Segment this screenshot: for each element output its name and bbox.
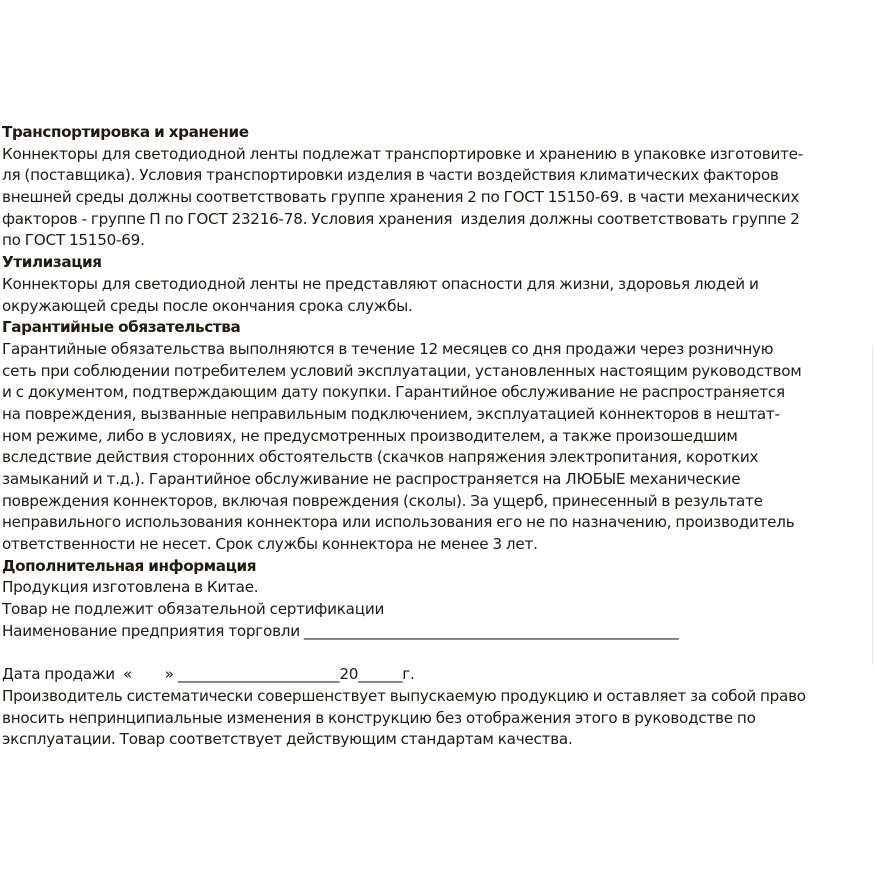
heading-warranty: Гарантийные обязательства <box>2 317 872 339</box>
heading-transport: Транспортировка и хранение <box>2 122 872 144</box>
store-name-blank-field[interactable]: ________________________________________… <box>300 622 679 640</box>
made-in-text: Продукция изготовлена в Китае. <box>2 577 872 599</box>
warranty-line: повреждения коннекторов, включая поврежд… <box>2 491 872 513</box>
transport-line: внешней среды должны соответствовать гру… <box>2 187 872 209</box>
sale-date-row: Дата продажи « » ______________________2… <box>2 664 872 686</box>
disclaimer-line: эксплуатации. Товар соответствует действ… <box>2 729 872 751</box>
spacer <box>2 643 872 665</box>
certification-text: Товар не подлежит обязательной сертифика… <box>2 599 872 621</box>
sale-date-label: Дата продажи « » <box>2 665 174 683</box>
warranty-line: неправильного использования коннектора и… <box>2 512 872 534</box>
store-name-label: Наименование предприятия торговли <box>2 622 300 640</box>
year-blank-field[interactable]: ______ <box>358 665 402 683</box>
page-edge-divider <box>872 345 873 665</box>
sale-date-blank-field[interactable]: ______________________ <box>174 665 340 683</box>
warranty-document: Транспортировка и хранение Коннекторы дл… <box>2 122 872 751</box>
store-name-row: Наименование предприятия торговли ______… <box>2 621 872 643</box>
heading-additional: Дополнительная информация <box>2 556 872 578</box>
warranty-line: сеть при соблюдении потребителем условий… <box>2 361 872 383</box>
warranty-line: на повреждения, вызванные неправильным п… <box>2 404 872 426</box>
warranty-line: ном режиме, либо в условиях, не предусмо… <box>2 426 872 448</box>
heading-disposal: Утилизация <box>2 252 872 274</box>
warranty-line: вследствие действия сторонних обстоятель… <box>2 447 872 469</box>
warranty-line: и с документом, подтверждающим дату поку… <box>2 382 872 404</box>
transport-line: факторов - группе П по ГОСТ 23216-78. Ус… <box>2 209 872 231</box>
year-prefix: 20 <box>339 665 358 683</box>
transport-line: ля (поставщика). Условия транспортировки… <box>2 165 872 187</box>
disclaimer-line: Производитель систематически совершенств… <box>2 686 872 708</box>
transport-line: по ГОСТ 15150-69. <box>2 230 872 252</box>
disposal-line: окружающей среды после окончания срока с… <box>2 296 872 318</box>
warranty-line: Гарантийные обязательства выполняются в … <box>2 339 872 361</box>
warranty-line: ответственности не несет. Срок службы ко… <box>2 534 872 556</box>
disposal-line: Коннекторы для светодиодной ленты не пре… <box>2 274 872 296</box>
warranty-line: замыканий и т.д.). Гарантийное обслужива… <box>2 469 872 491</box>
transport-line: Коннекторы для светодиодной ленты подлеж… <box>2 144 872 166</box>
disclaimer-line: вносить непринципиальные изменения в кон… <box>2 708 872 730</box>
year-suffix: г. <box>402 665 414 683</box>
